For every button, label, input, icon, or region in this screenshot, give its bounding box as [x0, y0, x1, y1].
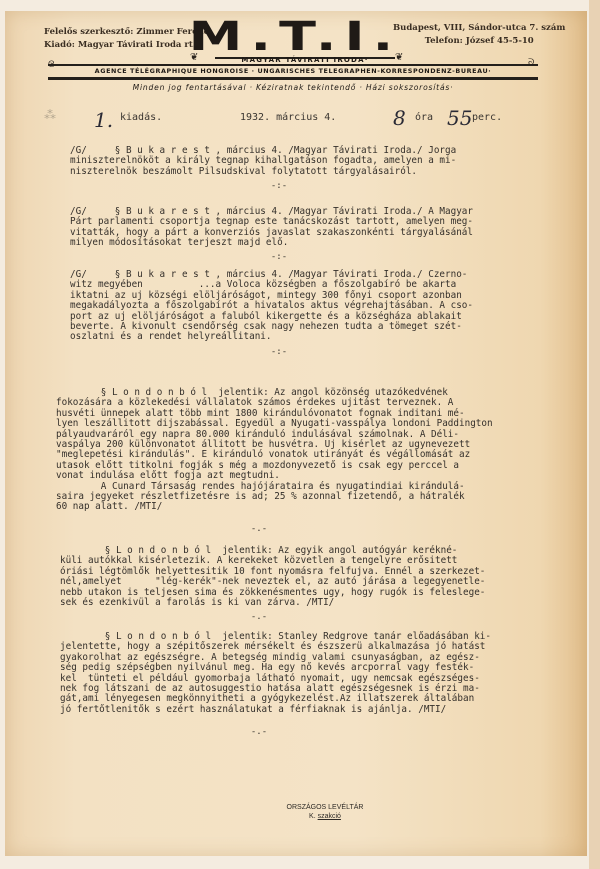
hour-label: óra — [415, 112, 433, 123]
separator: -.- — [239, 524, 279, 534]
article-london-2: § L o n d o n b ó l jelentik: Az egyik a… — [60, 546, 560, 608]
left-flourish-icon: ❦ — [190, 52, 198, 63]
letterhead-right: Budapest, VIII, Sándor-utca 7. szám Tele… — [393, 22, 565, 48]
banner-rights-notice: Minden jog fentartásával · Kéziratnak te… — [48, 83, 538, 92]
archive-name: ORSZÁGOS LEVÉLTÁR — [240, 803, 410, 812]
banner-rule-bottom — [48, 77, 538, 80]
banner-rule-top — [48, 64, 538, 66]
article-bucharest-2: /G/ § B u k a r e s t , március 4. /Magy… — [70, 207, 570, 249]
separator: -.- — [239, 612, 279, 622]
article-london-1: § L o n d o n b ó l jelentik: Az angol k… — [56, 388, 556, 513]
article-london-3: § L o n d o n b ó l jelentik: Stanley Re… — [60, 632, 560, 715]
banner-agency-name: MAGYAR TÁVIRATI IRODA· — [210, 56, 400, 64]
archive-section-prefix: K. — [309, 813, 316, 820]
edition-number-handwritten: 1. — [94, 108, 113, 132]
mti-logo: M.T.I. — [169, 17, 420, 57]
page-edge-strip — [589, 0, 600, 869]
archive-section: K. szakció — [240, 812, 410, 821]
separator: -:- — [259, 252, 299, 262]
archive-stamp: ORSZÁGOS LEVÉLTÁR K. szakció — [240, 803, 410, 821]
article-bucharest-1: /G/ § B u k a r e s t , március 4. /Magy… — [70, 146, 570, 177]
address-line: Budapest, VIII, Sándor-utca 7. szám — [393, 22, 565, 35]
edition-minute-handwritten: 55 — [447, 106, 472, 130]
minute-label: perc. — [472, 112, 502, 123]
edition-label: kiadás. — [120, 112, 162, 123]
article-bucharest-3: /G/ § B u k a r e s t , március 4. /Magy… — [70, 270, 570, 343]
archive-section-name: szakció — [318, 813, 341, 820]
edition-hour-handwritten: 8 — [393, 106, 406, 130]
edition-date: 1932. március 4. — [240, 112, 336, 123]
separator: -:- — [259, 347, 299, 357]
banner-multilingual: AGENCE TÉLÉGRAPHIQUE HONGROISE · UNGARIS… — [48, 67, 538, 75]
separator: -.- — [239, 727, 279, 737]
faint-stamp-mark: ⁂ — [44, 108, 56, 122]
separator: -:- — [259, 181, 299, 191]
phone-line: Telefon: József 45-5-10 — [393, 35, 565, 48]
